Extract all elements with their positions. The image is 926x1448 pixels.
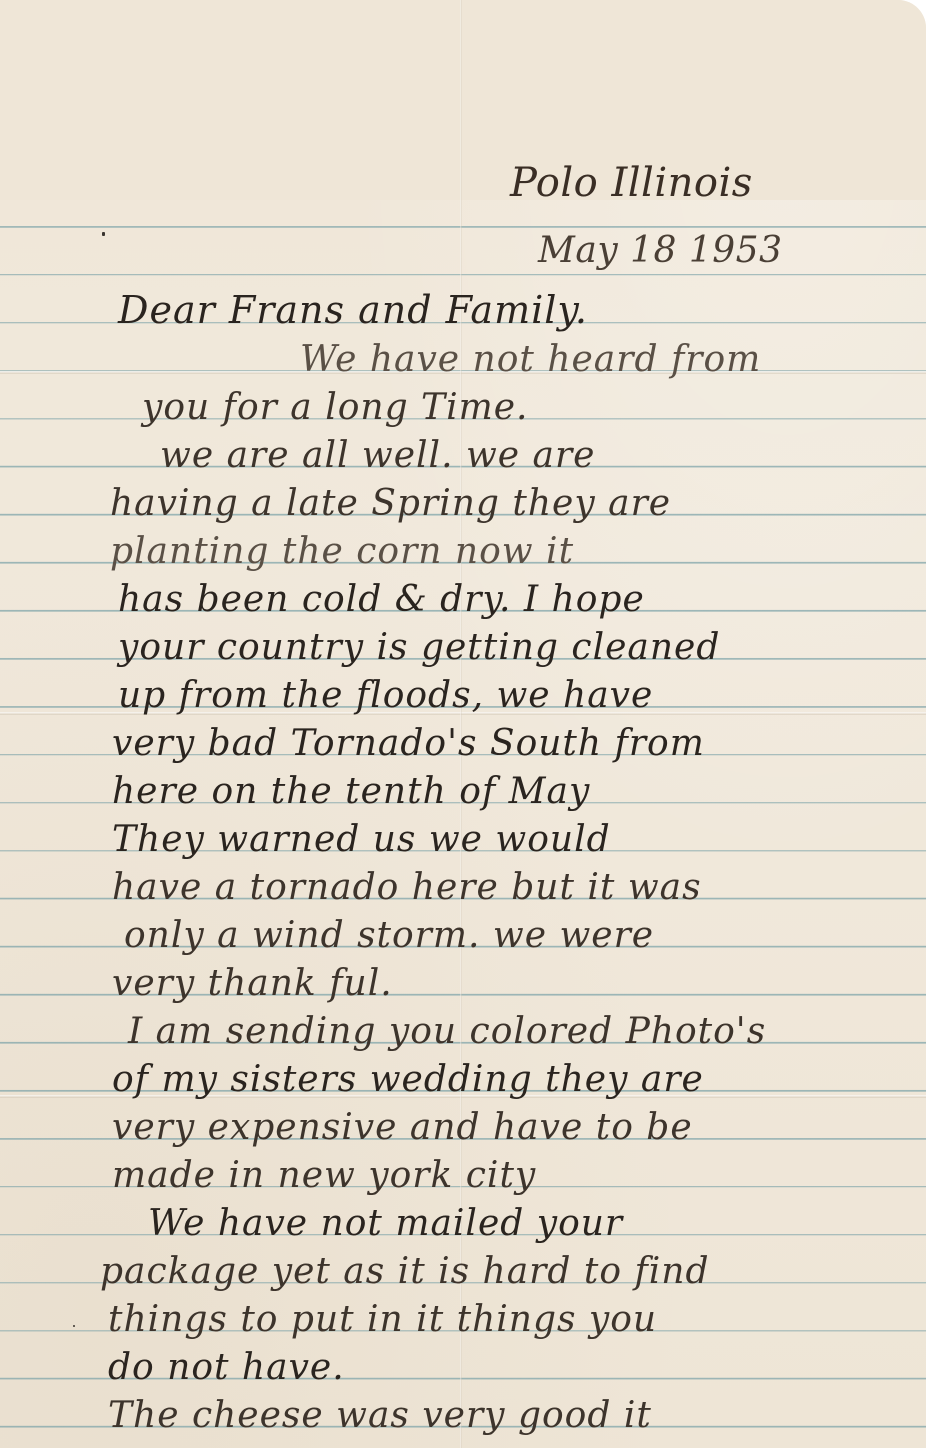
letter-line: The cheese was very good it: [108, 1392, 652, 1440]
letter-line: has been cold & dry. I hope: [118, 576, 645, 624]
letter-line: They warned us we would: [112, 816, 611, 864]
letter-line: have a tornado here but it was: [112, 864, 702, 912]
ink-speck: [73, 1325, 75, 1327]
letter-line: We have not heard from: [300, 336, 761, 384]
top-margin: [0, 0, 926, 200]
letter-line: only a wind storm. we were: [124, 912, 654, 960]
letter-line: your country is getting cleaned: [118, 624, 720, 672]
letter-line: you for a long Time.: [142, 384, 528, 432]
letter-page: Polo Illinois May 18 1953 Dear Frans and…: [0, 0, 926, 1448]
letter-place: Polo Illinois: [510, 160, 753, 206]
ink-speck: [102, 232, 105, 236]
letter-line: made in new york city: [112, 1152, 536, 1200]
letter-line: do not have.: [108, 1344, 345, 1392]
letter-line: We have not mailed your: [148, 1200, 623, 1248]
letter-line: here on the tenth of May: [112, 768, 590, 816]
letter-line: having a late Spring they are: [110, 480, 671, 528]
letter-line: package yet as it is hard to find: [100, 1248, 710, 1296]
letter-line: very expensive and have to be: [112, 1104, 693, 1152]
letter-line: we are all well. we are: [160, 432, 596, 480]
letter-line: very thank ful.: [112, 960, 393, 1008]
letter-line: I am sending you colored Photo's: [128, 1008, 766, 1056]
letter-line: of my sisters wedding they are: [112, 1056, 704, 1104]
salutation: Dear Frans and Family.: [118, 286, 588, 334]
letter-date: May 18 1953: [538, 230, 782, 271]
letter-line: things to put in it things you: [108, 1296, 657, 1344]
letter-line: up from the floods, we have: [118, 672, 653, 720]
letter-line: planting the corn now it: [110, 528, 574, 576]
letter-line: very bad Tornado's South from: [112, 720, 705, 768]
